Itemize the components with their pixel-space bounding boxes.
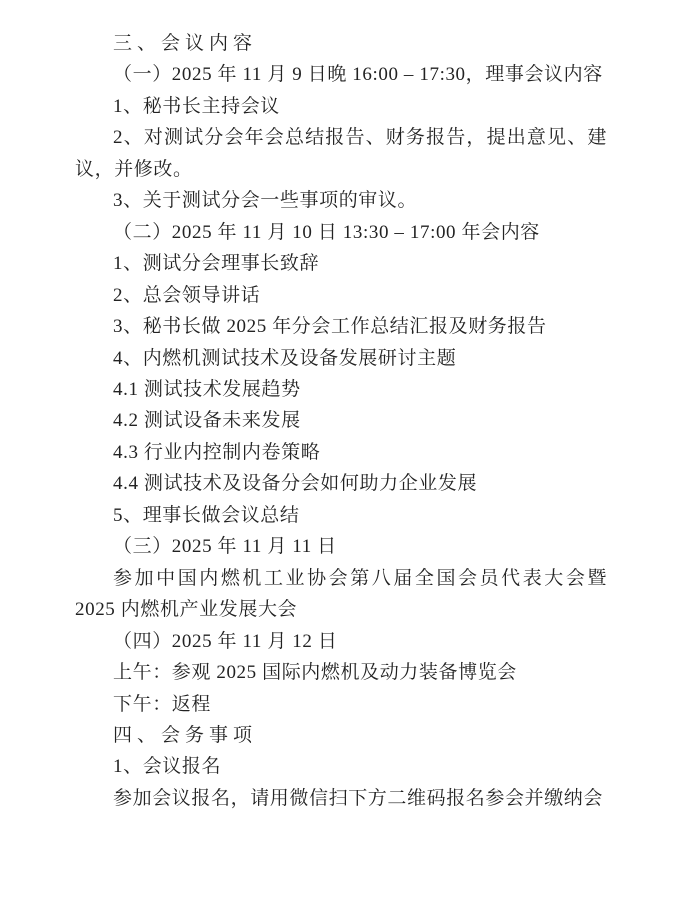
para-day2-item-4-2: 4.2 测试设备未来发展 [75, 405, 607, 436]
para-day2-item-4-1: 4.1 测试技术发展趋势 [75, 374, 607, 405]
section-heading-logistics: 四、会务事项 [75, 720, 607, 751]
para-day3-header: （三）2025 年 11 月 11 日 [75, 531, 607, 562]
para-day2-item-1: 1、测试分会理事长致辞 [75, 248, 607, 279]
section-heading-agenda: 三、会议内容 [75, 28, 607, 59]
para-day2-header: （二）2025 年 11 月 10 日 13:30 – 17:00 年会内容 [75, 217, 607, 248]
para-day2-item-4: 4、内燃机测试技术及设备发展研讨主题 [75, 343, 607, 374]
para-day1-item-3: 3、关于测试分会一些事项的审议。 [75, 185, 607, 216]
para-day1-header: （一）2025 年 11 月 9 日晚 16:00 – 17:30，理事会议内容 [75, 59, 607, 90]
para-day2-item-5: 5、理事长做会议总结 [75, 500, 607, 531]
para-day2-item-3: 3、秘书长做 2025 年分会工作总结汇报及财务报告 [75, 311, 607, 342]
para-day4-afternoon: 下午：返程 [75, 689, 607, 720]
document-page: 三、会议内容 （一）2025 年 11 月 9 日晚 16:00 – 17:30… [0, 0, 700, 897]
para-registration-heading: 1、会议报名 [75, 751, 607, 782]
para-day1-item-2: 2、对测试分会年会总结报告、财务报告，提出意见、建议，并修改。 [75, 122, 607, 185]
para-day1-item-1: 1、秘书长主持会议 [75, 91, 607, 122]
para-day2-item-2: 2、总会领导讲话 [75, 280, 607, 311]
para-day4-header: （四）2025 年 11 月 12 日 [75, 626, 607, 657]
para-day2-item-4-4: 4.4 测试技术及设备分会如何助力企业发展 [75, 468, 607, 499]
document-body: 三、会议内容 （一）2025 年 11 月 9 日晚 16:00 – 17:30… [75, 28, 607, 814]
para-registration-instruction: 参加会议报名，请用微信扫下方二维码报名参会并缴纳会 [75, 783, 607, 814]
para-day2-item-4-3: 4.3 行业内控制内卷策略 [75, 437, 607, 468]
para-day4-morning: 上午：参观 2025 国际内燃机及动力装备博览会 [75, 657, 607, 688]
para-day3-activity: 参加中国内燃机工业协会第八届全国会员代表大会暨 2025 内燃机产业发展大会 [75, 563, 607, 626]
